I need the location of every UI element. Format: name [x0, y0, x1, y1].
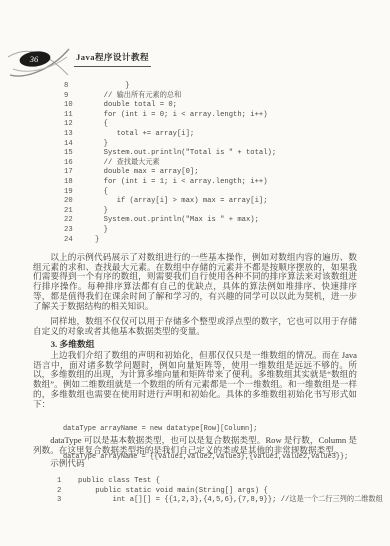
line-code: } — [95, 207, 108, 217]
line-number: 21 — [64, 207, 95, 217]
book-title: Java程序设计教程 — [74, 51, 151, 67]
line-number: 10 — [64, 101, 95, 111]
line-number: 19 — [64, 188, 95, 198]
code-line: 23 } — [64, 226, 276, 236]
code-line: 21 } — [64, 207, 276, 217]
line-number: 18 — [64, 178, 95, 188]
line-code: { — [95, 188, 108, 198]
line-number: 8 — [64, 82, 95, 92]
line-number: 17 — [64, 168, 95, 178]
line-code: // 输出所有元素的总和 — [95, 92, 181, 102]
line-number: 23 — [64, 226, 95, 236]
paragraph-datatype-explanation: dataType 可以是基本数据类型，也可以是复合数据类型。Row 是行数，Co… — [33, 436, 357, 455]
line-code: { — [95, 120, 108, 130]
line-number: 15 — [64, 149, 95, 159]
line-code: for (int i = 0; i < array.length; i++) — [95, 111, 268, 121]
line-number: 16 — [64, 159, 95, 169]
code-line: 20 if (array[i] > max) max = array[i]; — [64, 197, 276, 207]
line-code: System.out.println("Total is " + total); — [95, 149, 276, 159]
line-number: 14 — [64, 140, 95, 150]
line-code: } — [95, 82, 130, 92]
code-line: 15 System.out.println("Total is " + tota… — [64, 149, 276, 159]
code-line: 13 total += array[i]; — [64, 130, 276, 140]
code-line: 9 // 输出所有元素的总和 — [64, 92, 276, 102]
line-code: double max = array[0]; — [95, 168, 199, 178]
line-number: 12 — [64, 120, 95, 130]
code-line: 18 for (int i = 1; i < array.length; i++… — [64, 178, 276, 188]
book-page: 36 Java程序设计教程 8 } 9 // 输出所有元素的总和 10 doub… — [0, 0, 390, 546]
code-line: 16 // 查找最大元素 — [64, 159, 276, 169]
code-line: 2 public static void main(String[] args)… — [57, 487, 383, 497]
line-code: if (array[i] > max) max = array[i]; — [95, 197, 268, 207]
line-number: 11 — [64, 111, 95, 121]
code-line: 19 { — [64, 188, 276, 198]
line-number: 24 — [64, 236, 95, 246]
code-line: 3 int a[][] = {{1,2,3},{4,5,6},{7,8,9}};… — [57, 496, 383, 506]
code-listing-2d-array-example: 1 public class Test { 2 public static vo… — [57, 477, 383, 506]
line-number: 20 — [64, 197, 95, 207]
line-code: total += array[i]; — [95, 130, 194, 140]
paragraph-multidimensional-intro: 上边我们介绍了数组的声明和初始化，但那仅仅只是一维数组的情况。而在 Java 语… — [33, 351, 357, 409]
code-line: 1 public class Test { — [57, 477, 383, 487]
line-code: double total = 0; — [95, 101, 177, 111]
code-line: 14 } — [64, 140, 276, 150]
code-line: 22 System.out.println("Max is " + max); — [64, 216, 276, 226]
paragraph-array-types: 同样地，数组不仅仅可以用于存储多个整型或浮点型的数字，它也可以用于存储自定义的对… — [33, 317, 357, 336]
line-code: } — [95, 226, 108, 236]
page-header: 36 Java程序设计教程 — [8, 44, 151, 80]
line-code: } — [95, 236, 99, 246]
line-code: int a[][] = {{1,2,3},{4,5,6},{7,8,9}}; /… — [78, 496, 383, 506]
code-line: 12 { — [64, 120, 276, 130]
page-number-ornament: 36 — [8, 44, 70, 80]
page-number-badge: 36 — [19, 50, 52, 69]
line-number: 1 — [57, 477, 78, 487]
syntax-line-1: dataType arrayName = new datatype[Row][C… — [63, 425, 348, 434]
code-line: 24 } — [64, 236, 276, 246]
code-line: 17 double max = array[0]; — [64, 168, 276, 178]
line-number: 3 — [57, 496, 78, 506]
line-code: public static void main(String[] args) { — [78, 487, 268, 497]
code-line: 10 double total = 0; — [64, 101, 276, 111]
example-code-label: 示例代码 — [33, 459, 357, 469]
paragraph-array-operations: 以上的示例代码展示了对数组进行的一些基本操作，例如对数组内容的遍历、数组元素的求… — [33, 253, 357, 311]
line-code: // 查找最大元素 — [95, 159, 160, 169]
line-code: for (int i = 1; i < array.length; i++) — [95, 178, 268, 188]
code-line: 11 for (int i = 0; i < array.length; i++… — [64, 111, 276, 121]
line-code: public class Test { — [78, 477, 160, 487]
code-listing-array-operations: 8 } 9 // 输出所有元素的总和 10 double total = 0; … — [64, 82, 276, 245]
line-number: 22 — [64, 216, 95, 226]
line-number: 2 — [57, 487, 78, 497]
code-line: 8 } — [64, 82, 276, 92]
line-code: System.out.println("Max is " + max); — [95, 216, 259, 226]
section-heading-multidimensional-arrays: 3. 多维数组 — [33, 339, 357, 349]
line-number: 13 — [64, 130, 95, 140]
line-code: } — [95, 140, 108, 150]
page-number: 36 — [29, 54, 39, 64]
line-number: 9 — [64, 92, 95, 102]
